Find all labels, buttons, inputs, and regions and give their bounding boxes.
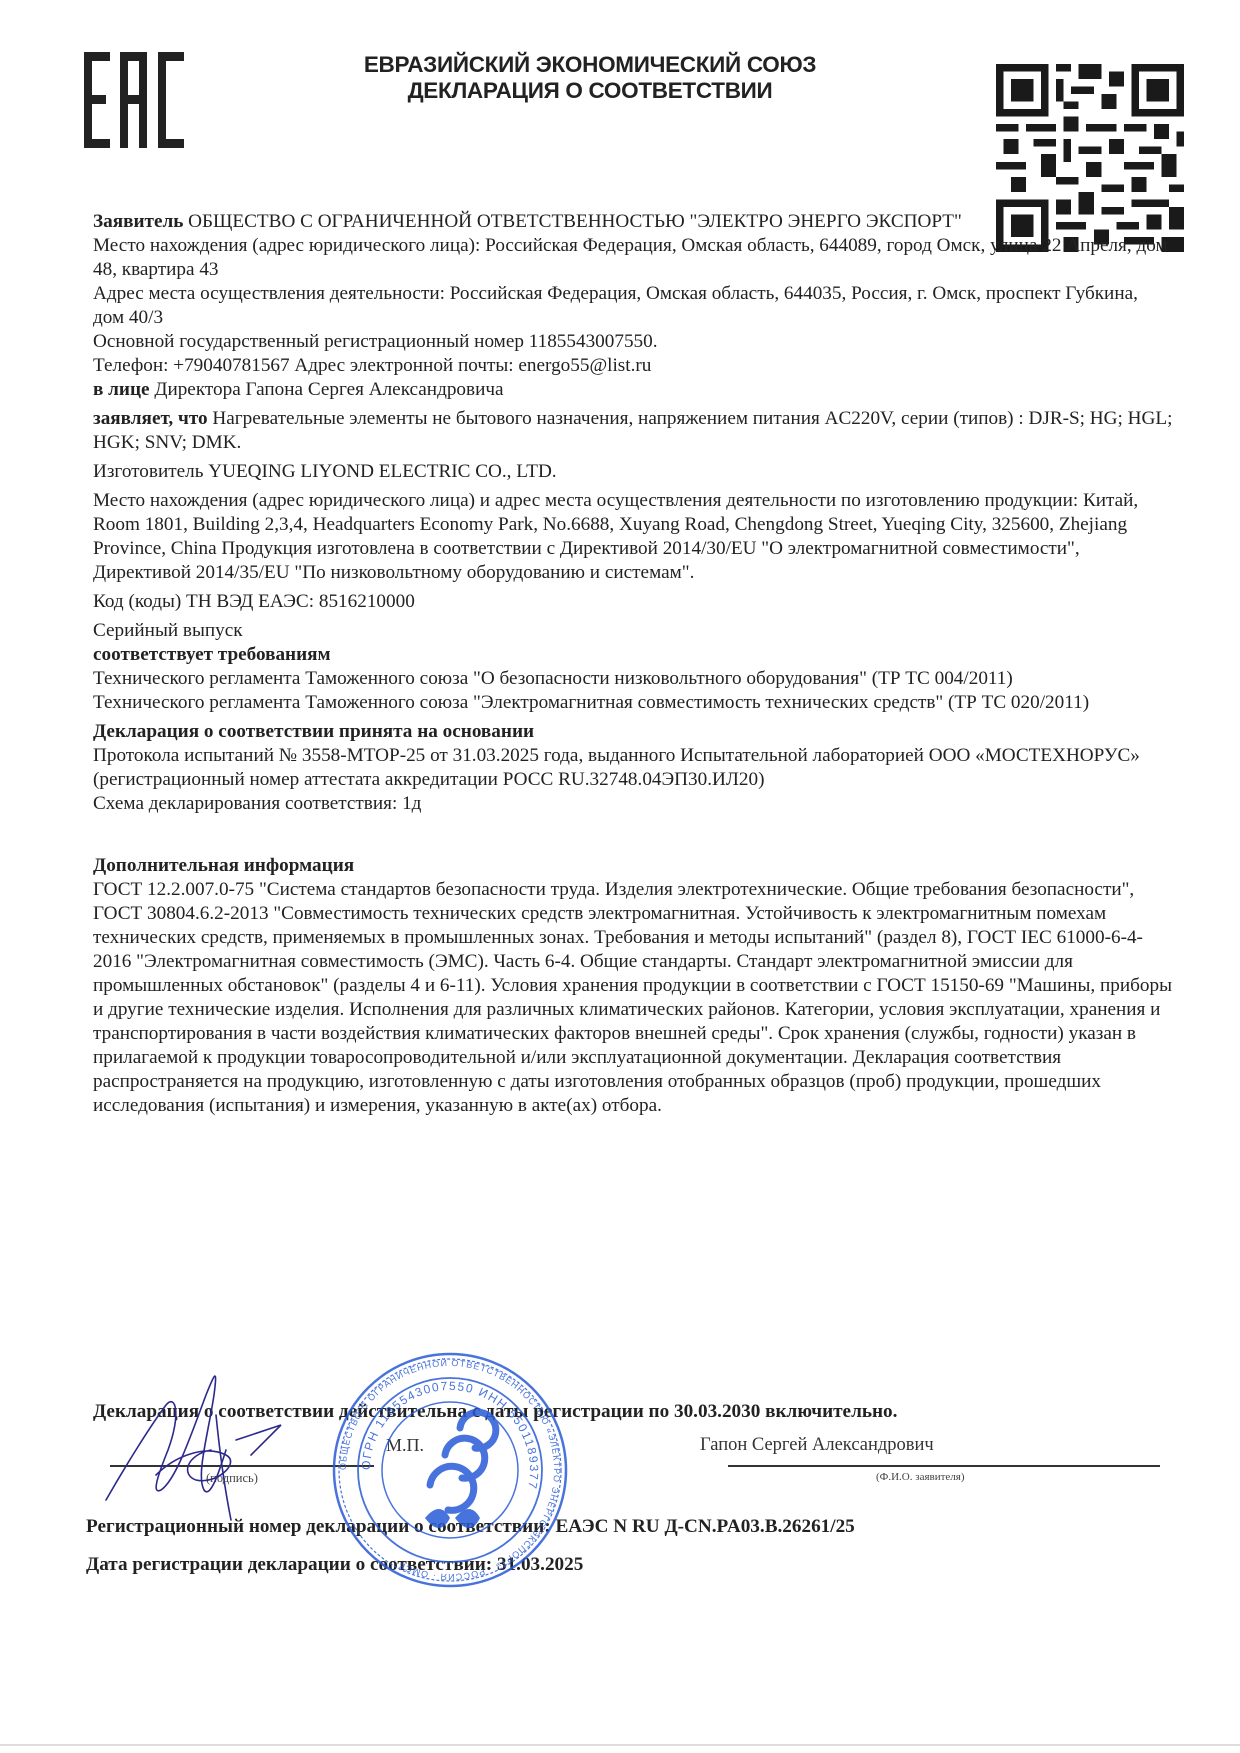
fio-label: (Ф.И.О. заявителя)	[876, 1471, 965, 1483]
basis-text: Протокола испытаний № 3558-МТОР-25 от 31…	[93, 744, 1173, 792]
document-header: ЕВРАЗИЙСКИЙ ЭКОНОМИЧЕСКИЙ СОЮЗ ДЕКЛАРАЦИ…	[280, 52, 900, 104]
regulation-1: Технического регламента Таможенного союз…	[93, 667, 1173, 691]
declares-label: заявляет, что	[93, 408, 208, 429]
production-type: Серийный выпуск	[93, 619, 1173, 643]
applicant-activity-address: Адрес места осуществления деятельности: …	[93, 282, 1173, 330]
eac-logo	[84, 52, 184, 148]
svg-text:ОГРН 1185543007550 ИНН 5501189: ОГРН 1185543007550 ИНН 5501189377	[359, 1379, 541, 1491]
regulation-2: Технического регламента Таможенного союз…	[93, 691, 1173, 715]
product-line: заявляет, что Нагревательные элементы не…	[93, 407, 1173, 455]
declaration-body: Заявитель ОБЩЕСТВО С ОГРАНИЧЕННОЙ ОТВЕТС…	[93, 210, 1173, 1118]
signature-icon	[96, 1355, 296, 1525]
product-description: Нагревательные элементы не бытового назн…	[93, 408, 1172, 453]
page-edge	[0, 1744, 1240, 1746]
manufacturer-address: Место нахождения (адрес юридического лиц…	[93, 489, 1173, 585]
applicant-name: ОБЩЕСТВО С ОГРАНИЧЕННОЙ ОТВЕТСТВЕННОСТЬЮ…	[188, 211, 962, 232]
additional-info: ГОСТ 12.2.007.0-75 "Система стандартов б…	[93, 878, 1173, 1118]
represented-label: в лице	[93, 379, 150, 400]
applicant-label: Заявитель	[93, 211, 183, 232]
represented-by: Директора Гапона Сергея Александровича	[154, 379, 503, 400]
declaration-scheme: Схема декларирования соответствия: 1д	[93, 792, 1173, 816]
basis-heading: Декларация о соответствии принята на осн…	[93, 720, 1173, 744]
name-line	[728, 1465, 1160, 1467]
company-stamp-icon: ОБЩЕСТВО С ОГРАНИЧЕННОЙ ОТВЕТСТВЕННОСТЬЮ…	[330, 1350, 570, 1590]
represented-line: в лице Директора Гапона Сергея Александр…	[93, 378, 1173, 402]
declaration-title: ДЕКЛАРАЦИЯ О СООТВЕТСТВИИ	[280, 78, 900, 104]
manufacturer: Изготовитель YUEQING LIYOND ELECTRIC CO.…	[93, 460, 1173, 484]
signer-name: Гапон Сергей Александрович	[700, 1435, 934, 1456]
additional-heading: Дополнительная информация	[93, 854, 1173, 878]
complies-heading: соответствует требованиям	[93, 643, 1173, 667]
applicant-legal-address: Место нахождения (адрес юридического лиц…	[93, 234, 1173, 282]
hs-code: Код (коды) ТН ВЭД ЕАЭС: 8516210000	[93, 590, 1173, 614]
union-title: ЕВРАЗИЙСКИЙ ЭКОНОМИЧЕСКИЙ СОЮЗ	[280, 52, 900, 78]
applicant-line: Заявитель ОБЩЕСТВО С ОГРАНИЧЕННОЙ ОТВЕТС…	[93, 210, 1173, 234]
applicant-contacts: Телефон: +79040781567 Адрес электронной …	[93, 354, 1173, 378]
applicant-ogrn: Основной государственный регистрационный…	[93, 330, 1173, 354]
